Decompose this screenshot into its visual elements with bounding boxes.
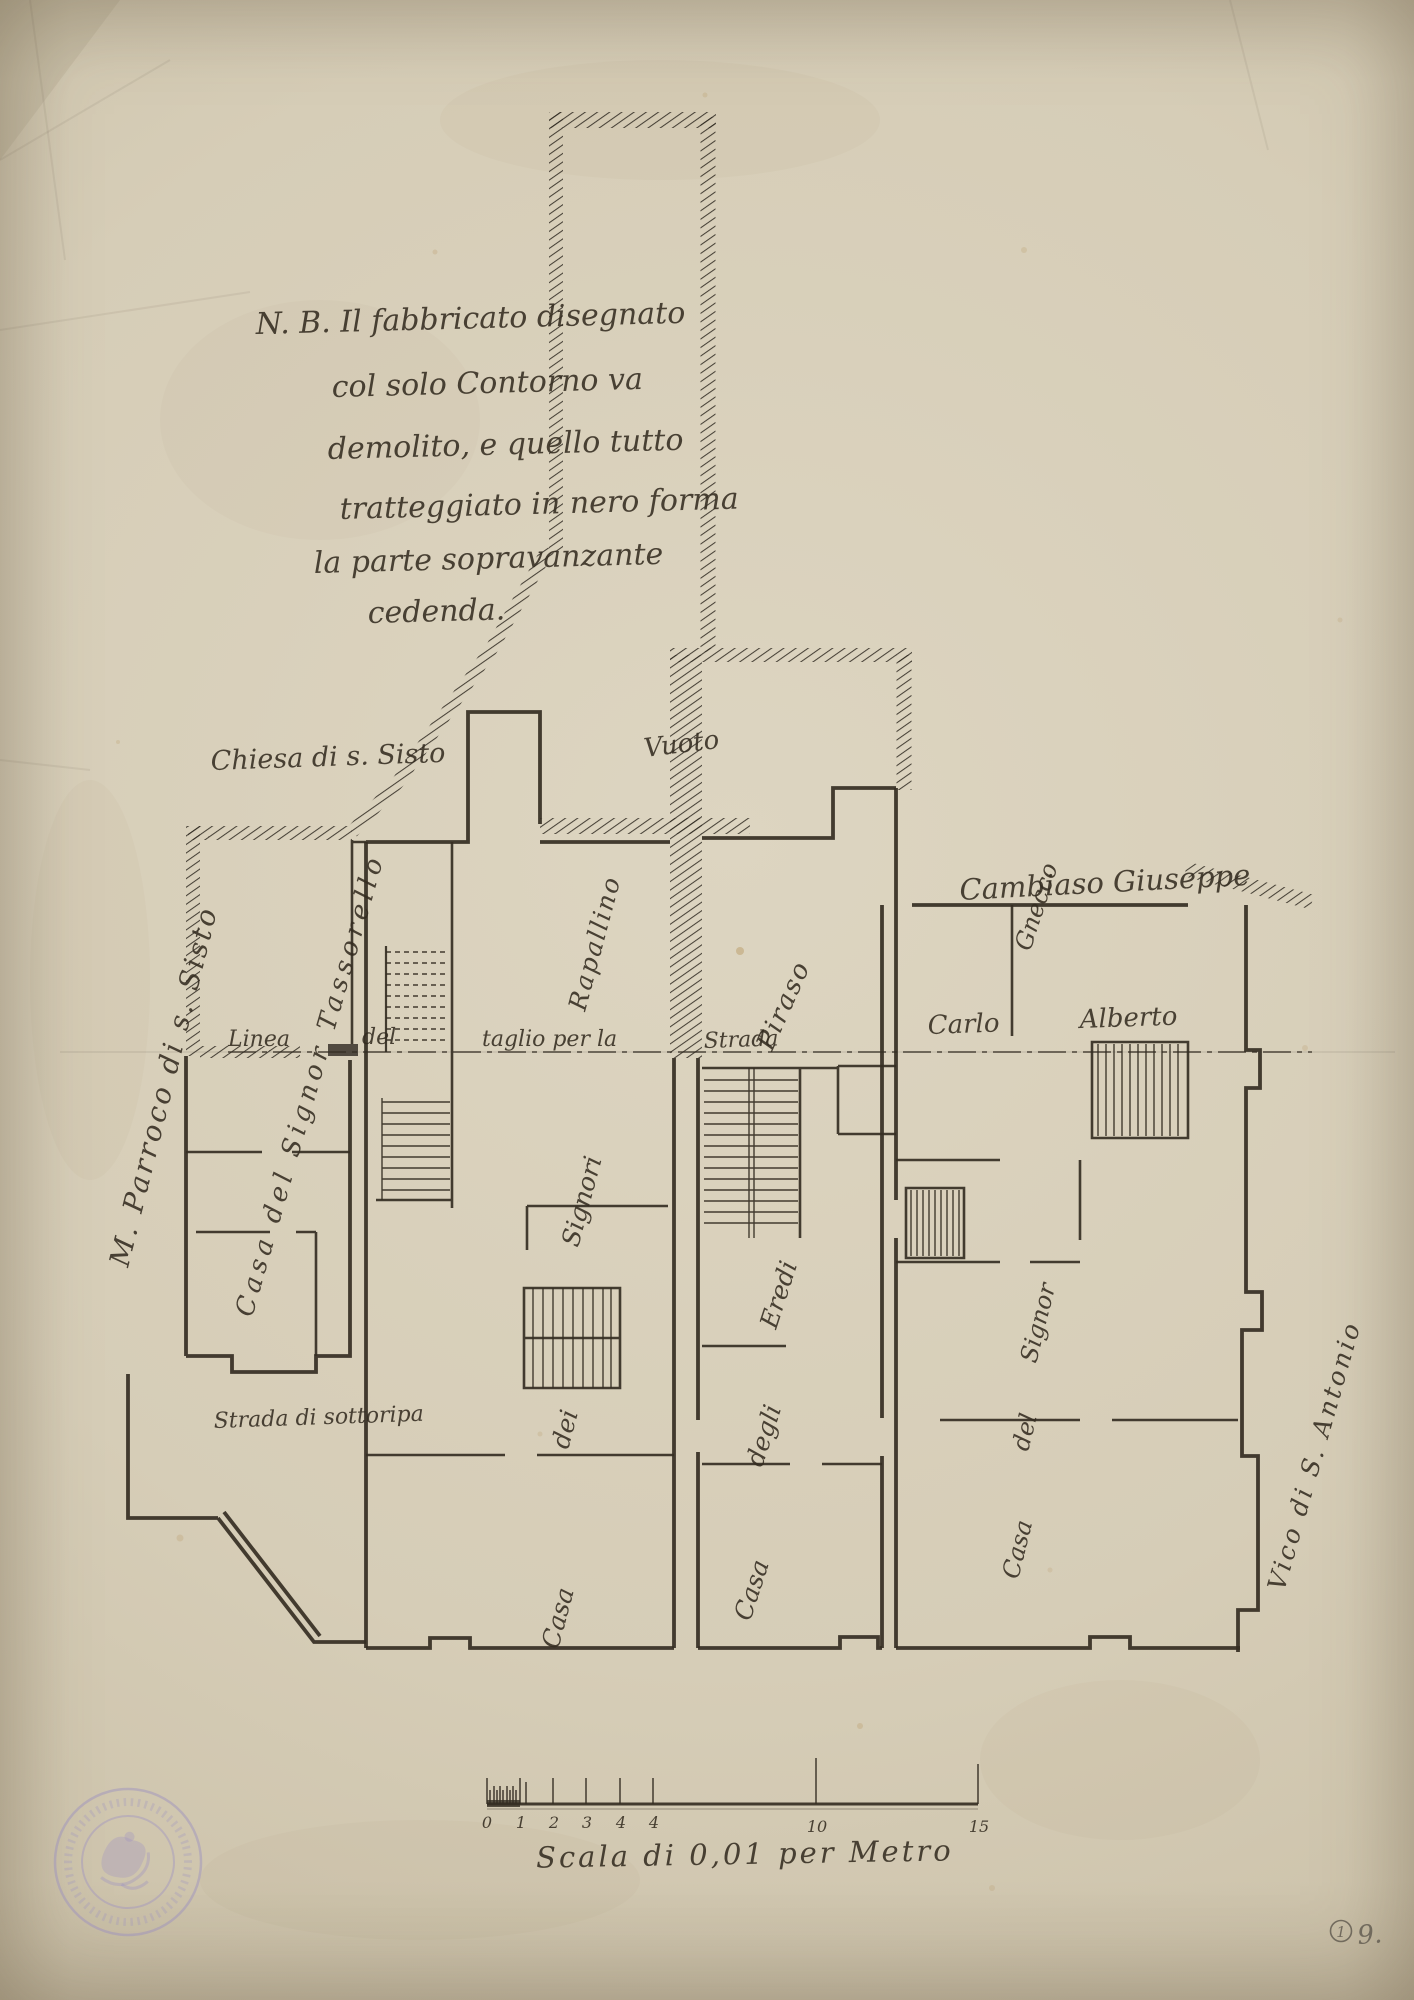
cut-word-del: del: [362, 1025, 396, 1050]
label-vuoto: Vuoto: [642, 725, 721, 764]
lower-stair-treads: [382, 1098, 450, 1200]
col4-stair-treads: [1098, 1044, 1178, 1136]
right-facade-wall: [1238, 905, 1262, 1652]
note-line-5: la parte sopravanzante: [313, 537, 663, 581]
scale-tick-0: 0: [482, 1813, 492, 1832]
scale-tick-3: 3: [582, 1813, 592, 1832]
label-eredi: Eredi: [754, 1257, 803, 1333]
cut-word-taglio-per-la: taglio per la: [482, 1027, 617, 1052]
label-strada-di-sottoripa: Strada di sottoripa: [213, 1402, 424, 1434]
scale-tick-4: 4: [615, 1813, 626, 1832]
scale-bar-numbers: 0 1 2 3 4 4 10 15: [482, 1813, 989, 1836]
col2-stair-walls: [524, 1288, 620, 1388]
label-cambiaso-giuseppe: Cambiaso Giuseppe: [959, 858, 1252, 907]
label-rapallino: Rapallino: [563, 872, 627, 1014]
label-del-col4: del: [1007, 1411, 1043, 1454]
label-piraso: Piraso: [751, 956, 817, 1056]
label-casa-col2: Casa: [536, 1584, 580, 1651]
label-vico-s-antonio: Vico di S. Antonio: [1262, 1317, 1367, 1593]
col3-col4-divider: [882, 788, 896, 1648]
note-line-2: col solo Contorno va: [331, 362, 643, 405]
col4-room-walls: [896, 905, 1238, 1420]
scale-bar-ticks: [487, 1758, 978, 1804]
diagonal-wall: [352, 548, 549, 832]
scale-tick-2: 2: [548, 1813, 559, 1832]
label-signor-col4: Signor: [1015, 1279, 1062, 1366]
col3-room-walls: [702, 1346, 882, 1464]
label-alberto: Alberto: [1077, 1002, 1178, 1035]
label-dei: dei: [546, 1407, 584, 1452]
floor-plan-drawing: N. B. Il fabbricato disegnato col solo C…: [0, 0, 1414, 2000]
labels-col2-rapallino: Rapallino Signori dei Casa: [536, 872, 627, 1651]
label-casa-col4: Casa: [997, 1517, 1039, 1581]
label-casa-col3: Casa: [728, 1556, 775, 1624]
stamp-emblem: [92, 1828, 157, 1896]
bottom-facade-wall: [366, 1637, 1240, 1648]
cut-word-linea: Linea: [227, 1027, 290, 1052]
page-number-pencil: 9.: [1356, 1919, 1383, 1951]
col4-small-stair-treads: [911, 1190, 959, 1256]
note-line-6: cedenda.: [367, 592, 505, 631]
col2-col3-divider: [674, 1058, 698, 1648]
label-degli: degli: [740, 1401, 787, 1470]
labels-col3-piraso: Piraso Eredi degli Casa: [728, 956, 817, 1624]
aged-paper-sheet: N. B. Il fabbricato disegnato col solo C…: [0, 0, 1414, 2000]
label-signori: Signori: [556, 1153, 608, 1250]
col3-stair-treads: [704, 1068, 798, 1238]
scale-tick-10: 10: [807, 1817, 827, 1836]
pencil-annotations: 1 9.: [1331, 1919, 1384, 1951]
scale-tick-1: 1: [516, 1813, 526, 1832]
scale-caption: Scala di 0,01 per Metro: [536, 1833, 954, 1874]
circled-number: 1: [1336, 1923, 1346, 1941]
scale-tick-15: 15: [969, 1817, 989, 1836]
scale-tick-5: 4: [648, 1813, 659, 1832]
circular-ink-stamp: [39, 1773, 218, 1952]
scale-bar: 0 1 2 3 4 4 10 15 Scala di 0,01 per Metr…: [482, 1758, 989, 1875]
label-carlo: Carlo: [927, 1009, 1000, 1041]
